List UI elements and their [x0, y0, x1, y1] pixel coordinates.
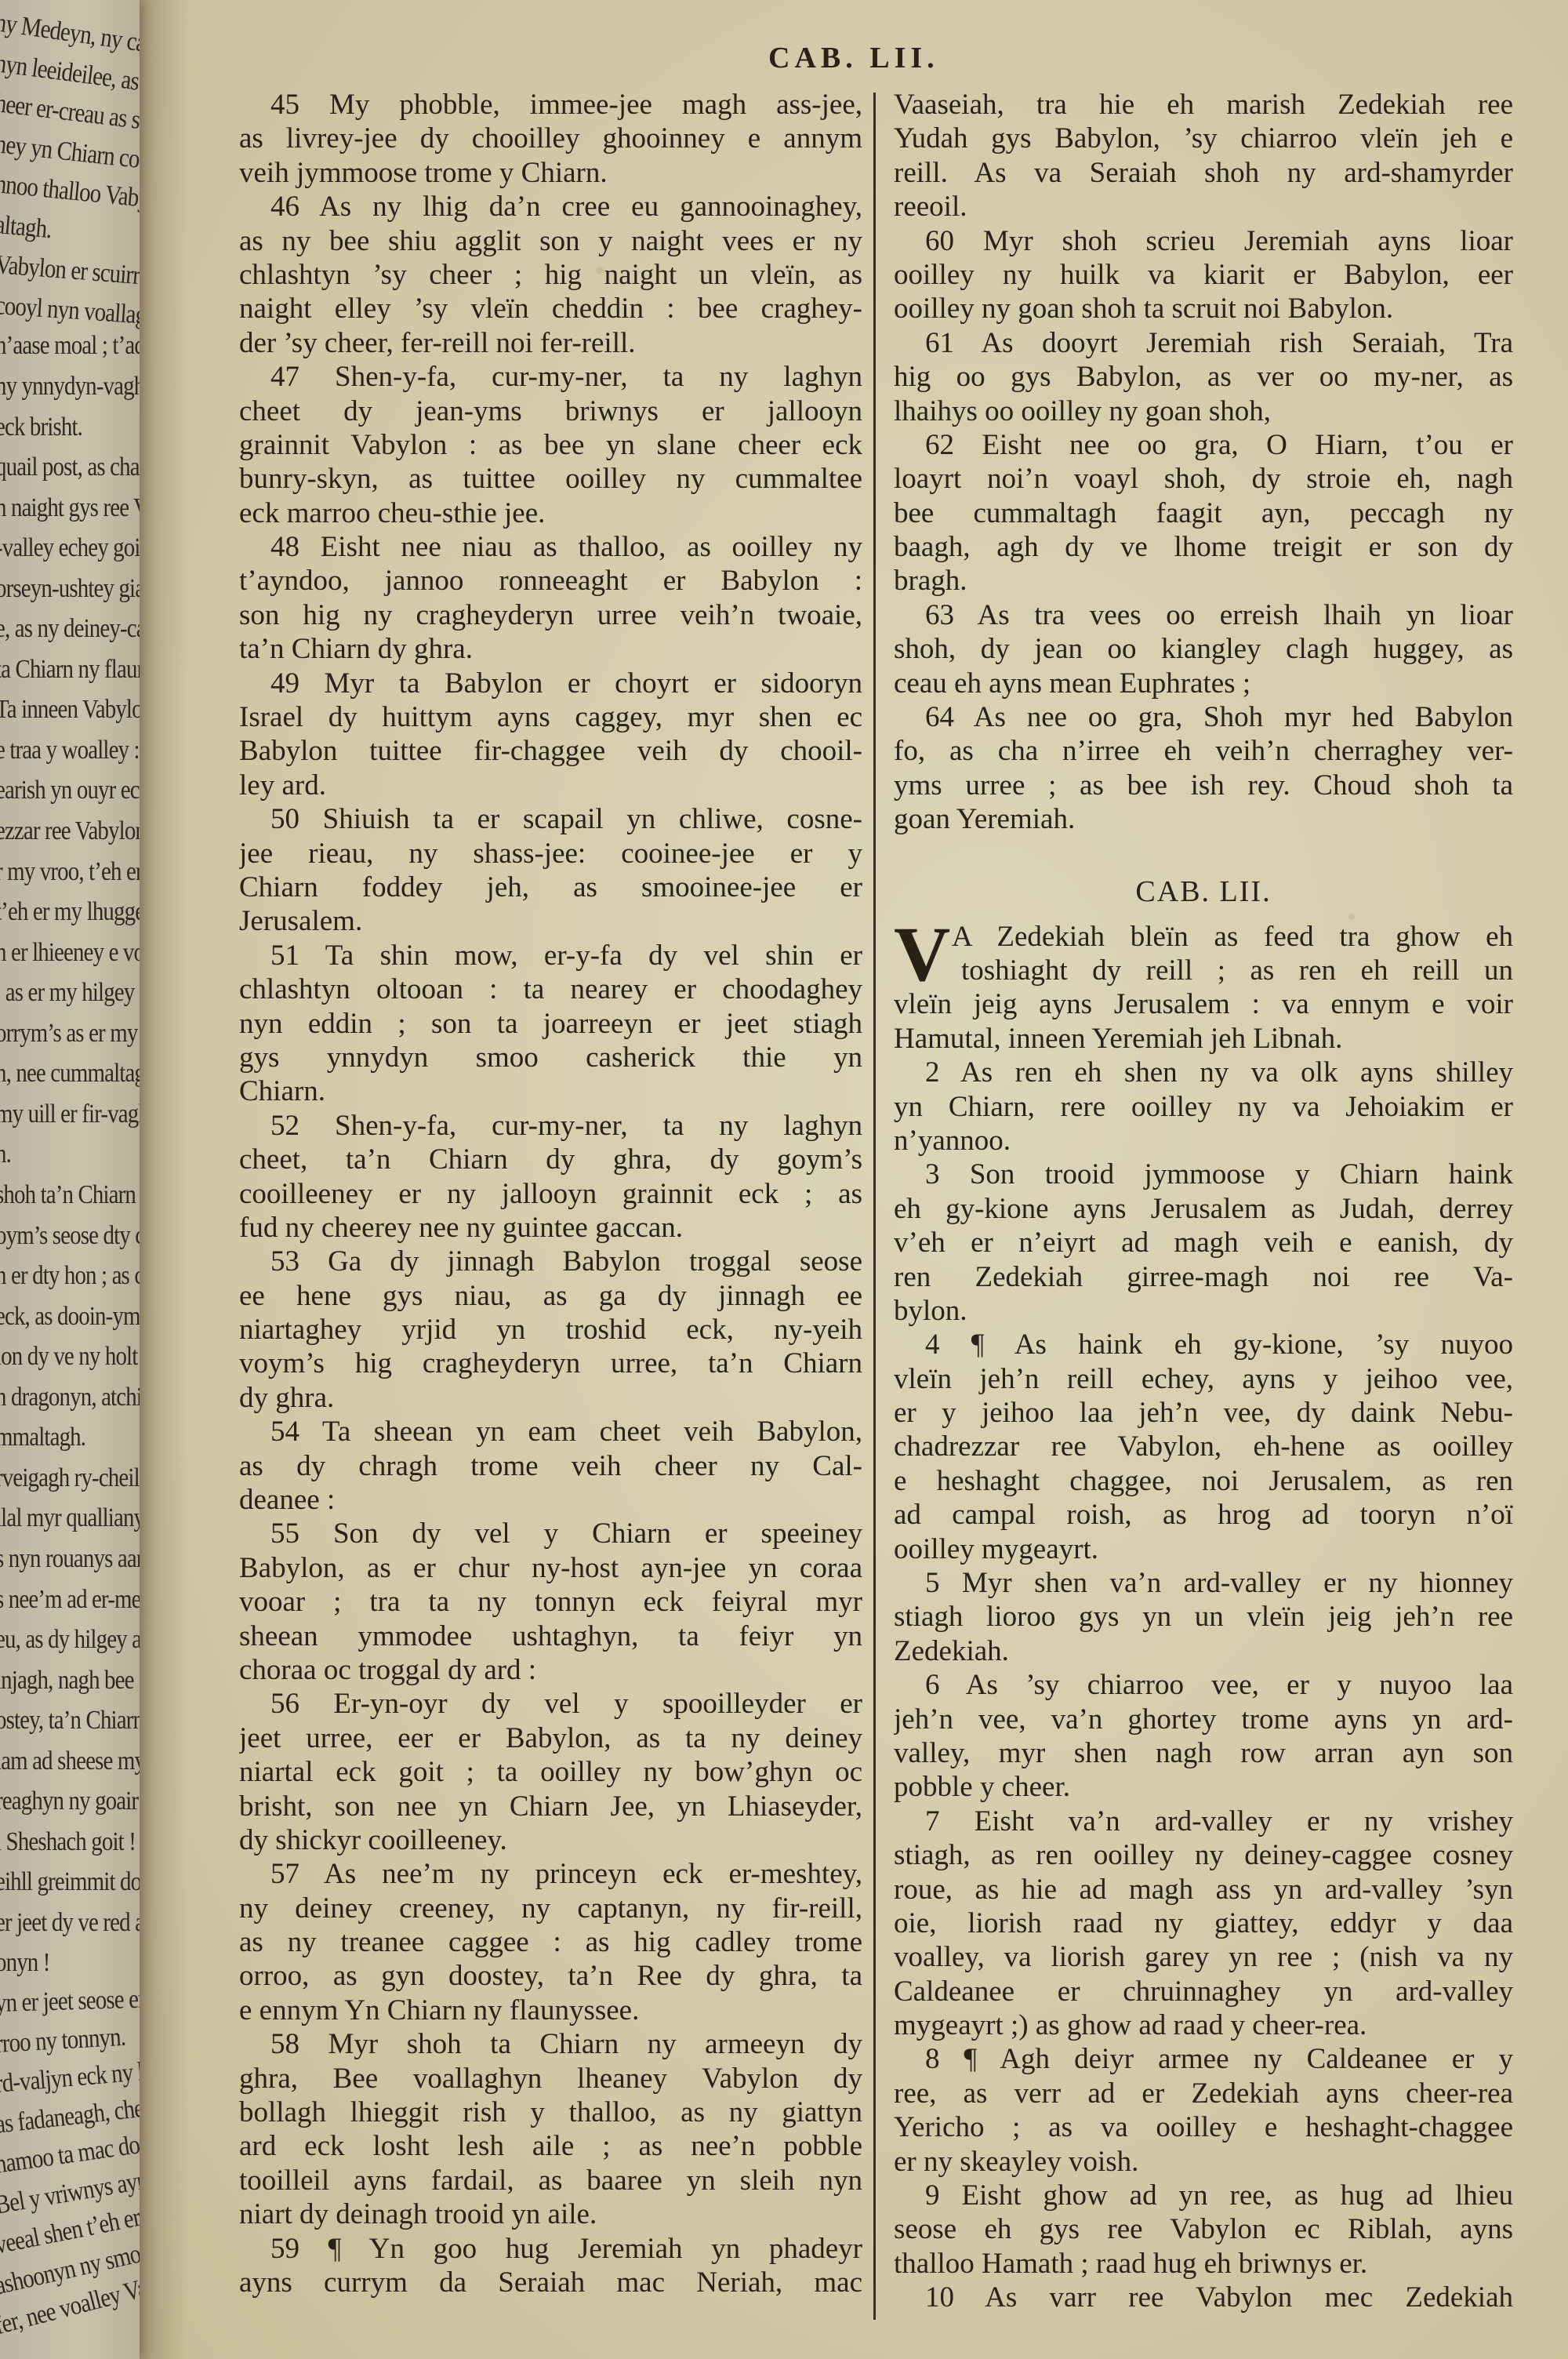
- text-line: bragh.: [894, 564, 1513, 598]
- verse-start-line: 64 As nee oo gra, Shoh myr hed Babylon: [894, 700, 1513, 734]
- verse-start-line: 61 As dooyrt Jeremiah rish Seraiah, Tra: [894, 326, 1513, 360]
- text-line: cooilleeney er ny jallooyn grainnit eck …: [239, 1177, 862, 1211]
- text-line: oie, liorish raad ny giattey, eddyr y da…: [894, 1906, 1513, 1940]
- jeremiah-51-conclusion: Vaaseiah, tra hie eh marish Zedekiah ree…: [894, 88, 1513, 837]
- verse-start-line: 49 Myr ta Babylon er choyrt er sidooryn: [239, 667, 862, 700]
- text-line: t’ayndoo, jannoo ronneeaght er Babylon :: [239, 564, 862, 598]
- text-line: jeet urree, eer er Babylon, as ta ny dei…: [239, 1721, 862, 1755]
- text-line: cheet, ta’n Chiarn dy ghra, dy goym’s: [239, 1143, 862, 1176]
- text-line: chadrezzar ree Vabylon, eh-hene as ooill…: [894, 1430, 1513, 1463]
- text-line: orroo, as gyn doostey, ta’n Ree dy ghra,…: [239, 1959, 862, 1993]
- verse-start-line: 46 As ny lhig da’n cree eu gannooinaghey…: [239, 190, 862, 224]
- text-line: Babylon, as er chur ny-host ayn-jee yn c…: [239, 1551, 862, 1585]
- verse-start-line: 59 ¶ Yn goo hug Jeremiah yn phadeyr: [239, 2232, 862, 2266]
- text-line: pobble y cheer.: [894, 1770, 1513, 1804]
- text-line: as livrey-jee dy chooilley ghooinney e a…: [239, 122, 862, 155]
- text-line: yms urree ; as bee ish rey. Choud shoh t…: [894, 769, 1513, 802]
- verse-start-line: 62 Eisht nee oo gra, O Hiarn, t’ou er: [894, 428, 1513, 462]
- previous-page-text-fragment: n er dty hon ; as chym: [0, 1261, 140, 1291]
- previous-page-text-fragment: rveigagh ry-cheilley: [0, 1463, 140, 1493]
- previous-page-text-fragment: eck brisht.: [0, 413, 82, 442]
- text-line: Chiarn.: [239, 1074, 862, 1108]
- text-line: nyn eddin ; son ta joarreeyn er jeet sti…: [239, 1007, 862, 1041]
- previous-page-text-fragment: my uill er fir-vaghee: [0, 1100, 140, 1129]
- text-line: er ny skeayley voish.: [894, 2145, 1513, 2179]
- text-line: ley ard.: [239, 769, 862, 802]
- text-line: son hig ny cragheyderyn urree veih’n two…: [239, 598, 862, 632]
- text-line: ceau eh ayns mean Euphrates ;: [894, 667, 1513, 700]
- previous-page-text-fragment: orrym’s as er my eill,: [0, 1019, 140, 1049]
- text-line: voalley, va liorish garey yn ree ; (nish…: [894, 1940, 1513, 1974]
- verse-start-line: 53 Ga dy jinnagh Babylon troggal seose: [239, 1245, 862, 1278]
- text-line: Babylon tuittee fir-chaggee veih dy choo…: [239, 734, 862, 768]
- text-line: toshiaght dy reill ; as ren eh reill un: [894, 954, 1513, 987]
- text-line: stiagh, as ren ooilley ny deiney-caggee …: [894, 1838, 1513, 1872]
- previous-page-text-fragment: ta Chiarn ny flaunyssee,: [0, 655, 140, 685]
- previous-page-text-fragment: s nyn rouanys aarlee: [0, 1544, 140, 1574]
- previous-page-curled-edge: ny Medeyn, ny capnyn leeideilee, as dy c…: [0, 0, 140, 2359]
- previous-page-text-fragment: eu, as dy hilgey ad: [0, 1625, 140, 1655]
- text-line: ta’n Chiarn dy ghra.: [239, 632, 862, 666]
- text-line: niartaghey yrjid yn troshid eck, ny-yeih: [239, 1313, 862, 1347]
- text-line: ren Zedekiah girree-magh noi ree Va-: [894, 1260, 1513, 1294]
- text-line: brisht, son nee yn Chiarn Jee, yn Lhiase…: [239, 1790, 862, 1823]
- text-line: seose eh gys ree Vabylon ec Riblah, ayns: [894, 2212, 1513, 2246]
- text-line: Zedekiah.: [894, 1634, 1513, 1668]
- text-line: ooilley ny goan shoh ta scruit noi Babyl…: [894, 292, 1513, 325]
- text-line: Caldeanee er chruinnaghey yn ard-valley: [894, 1975, 1513, 2008]
- text-line: A Zedekiah bleïn as feed tra ghow eh: [894, 920, 1513, 954]
- text-line: ree, as verr ad er Zedekiah ayns cheer-r…: [894, 2077, 1513, 2110]
- text-line: jee rieau, ny shass-jee: cooinee-jee er …: [239, 837, 862, 871]
- text-line: roue, as hie ad magh ass yn ard-valley ’…: [894, 1873, 1513, 1906]
- verse-start-line: 56 Er-yn-oyr dy vel y spooilleyder er: [239, 1687, 862, 1721]
- verse-start-line: 63 As tra vees oo erreish lhaih yn lioar: [894, 598, 1513, 632]
- text-line: stiagh lioroo gys yn un vleïn jeig jeh’n…: [894, 1600, 1513, 1634]
- right-text-column: Vaaseiah, tra hie eh marish Zedekiah ree…: [894, 88, 1513, 2315]
- text-line: ooilley mygeayrt.: [894, 1532, 1513, 1566]
- text-line: lhaihys oo ooilley ny goan shoh,: [894, 394, 1513, 428]
- verse-start-line: 2 As ren eh shen ny va olk ayns shilley: [894, 1056, 1513, 1089]
- verse-start-line: 54 Ta sheean yn eam cheet veih Babylon,: [239, 1415, 862, 1448]
- previous-page-text-fragment: r my vroo, t’eh er my: [0, 857, 140, 887]
- text-line: ooilley ny huilk va kiarit er Babylon, e…: [894, 258, 1513, 292]
- verse-start-line: 51 Ta shin mow, er-y-fa dy vel shin er: [239, 939, 862, 972]
- text-line: choraa oc troggal dy ard :: [239, 1653, 862, 1687]
- text-line: ayns currym da Seraiah mac Neriah, mac: [239, 2266, 862, 2299]
- text-line: der ’sy cheer, fer-reill noi fer-reill.: [239, 326, 862, 360]
- text-line: jeh’n vee, va’n ghortey trome ayns yn ar…: [894, 1703, 1513, 1736]
- text-line: grainnit Vabylon : as bee yn slane cheer…: [239, 428, 862, 462]
- previous-page-text-fragment: l Sheshach goit ! as h: [0, 1827, 140, 1857]
- previous-page-text-fragment: lon dy ve ny holt: [0, 1342, 137, 1372]
- text-line: e ennym Yn Chiarn ny flaunyssee.: [239, 1994, 862, 2027]
- previous-page-text-fragment: h er lhieeney e volg: [0, 938, 140, 968]
- text-line: gys ynnydyn smoo casherick thie yn: [239, 1041, 862, 1074]
- text-line: eh gy-kione ayns Jerusalem as Judah, der…: [894, 1192, 1513, 1226]
- text-line: niartal eck goit ; ta ooilley ny bow’ghy…: [239, 1755, 862, 1789]
- text-line: thalloo Hamath ; raad hug eh briwnys er.: [894, 2247, 1513, 2281]
- text-line: hig oo gys Babylon, as ver oo my-ner, as: [894, 360, 1513, 394]
- text-line: valley, myr shen nagh row arran ayn son: [894, 1736, 1513, 1770]
- text-line: bee cummaltagh faagit ayn, peccagh ny: [894, 496, 1513, 530]
- text-line: reeoil.: [894, 190, 1513, 224]
- previous-page-text-fragment: eck, as dooin-ym e f: [0, 1302, 140, 1332]
- chapter-opening: V A Zedekiah bleïn as feed tra ghow eh t…: [894, 920, 1513, 988]
- text-line: dy shickyr cooilleeney.: [239, 1823, 862, 1857]
- text-line: loayrt noi’n voayl shoh, dy stroie eh, n…: [894, 462, 1513, 496]
- text-line: vleïn jeh’n reill echey, ayns y jeihoo v…: [894, 1362, 1513, 1396]
- text-line: ard eck losht lesh aile ; as nee’n pobbl…: [239, 2129, 862, 2163]
- previous-page-text-fragment: , as er my hilgey: [0, 978, 134, 1008]
- text-line: fud ny cheerey nee ny guintee gaccan.: [239, 1211, 862, 1245]
- verse-start-line: 45 My phobble, immee-jee magh ass-jee,: [239, 88, 862, 122]
- text-line: Israel dy huittym ayns caggey, myr shen …: [239, 700, 862, 734]
- text-line: er y jeihoo laa jeh’n vee, dy daink Nebu…: [894, 1396, 1513, 1430]
- verse-start-line: 9 Eisht ghow ad yn ree, as hug ad lhieu: [894, 2179, 1513, 2212]
- text-line: shoh, dy jean oo kiangley clagh huggey, …: [894, 632, 1513, 666]
- text-line: n’yannoo.: [894, 1124, 1513, 1158]
- text-line: cheet dy jean-yms briwnys er jallooyn: [239, 394, 862, 428]
- previous-page-text-fragment: shoh ta’n Chiarn: [0, 1180, 136, 1210]
- verse-start-line: 10 As varr ree Vabylon mec Zedekiah: [894, 2281, 1513, 2314]
- verse-start-line: 5 Myr shen va’n ard-valley er ny hionney: [894, 1566, 1513, 1600]
- text-line: ee hene gys niau, as ga dy jinnagh ee: [239, 1279, 862, 1313]
- text-line: Yudah gys Babylon, ’sy chiarroo vleïn je…: [894, 122, 1513, 155]
- verse-start-line: 47 Shen-y-fa, cur-my-ner, ta ny laghyn: [239, 360, 862, 394]
- text-line: bylon.: [894, 1294, 1513, 1328]
- binding-gutter-shadow: [133, 0, 188, 2359]
- previous-page-text-fragment: n’aase moal ; t’ad fa: [0, 331, 140, 361]
- text-line: Yericho ; as va ooilley e heshaght-chagg…: [894, 2110, 1513, 2144]
- verse-start-line: 7 Eisht va’n ard-valley er ny vrishey: [894, 1805, 1513, 1838]
- verse-start-line: 60 Myr shoh scrieu Jeremiah ayns lioar: [894, 224, 1513, 258]
- previous-page-text-fragment: ezzar ree Vabylon er: [0, 816, 140, 846]
- text-line: bunry-skyn, as tuittee ooilley ny cummal…: [239, 462, 862, 496]
- verse-start-line: 55 Son dy vel y Chiarn er speeiney: [239, 1517, 862, 1550]
- text-line: dy ghra.: [239, 1381, 862, 1415]
- text-line: as dy chragh trome veih cheer ny Cal-: [239, 1449, 862, 1483]
- verse-start-line: 50 Shiuish ta er scapail yn chliwe, cosn…: [239, 802, 862, 836]
- previous-page-text-fragment: t’eh er my lhuggey: [0, 897, 140, 927]
- text-line: Chiarn foddey jeh, as smooinee-jee er: [239, 871, 862, 904]
- previous-page-text-fragment: h naight gys ree Vab: [0, 493, 140, 523]
- text-line: tooilleil ayns fardail, as baaree yn sle…: [239, 2164, 862, 2197]
- text-line: baagh, agh dy ve lhome treigit er son dy: [894, 530, 1513, 564]
- previous-page-text-fragment: eihll greimmit doalta: [0, 1867, 140, 1897]
- text-line: ad campal roish, as hrog ad tooryn n’oï: [894, 1498, 1513, 1532]
- text-line: ghra, Bee voallaghyn lheaney Vabylon dy: [239, 2062, 862, 2095]
- previous-page-text-fragment: s nee’m ad er-meshtey: [0, 1585, 140, 1615]
- previous-page-text-fragment: oym’s seose dty chooi: [0, 1221, 140, 1251]
- verse-start-line: 6 As ’sy chiarroo vee, er y nuyoo laa: [894, 1668, 1513, 1702]
- previous-page-text-fragment: n dragonyn, atchim,: [0, 1383, 140, 1412]
- text-line: sheean ymmodee ushtaghyn, ta feiyr yn: [239, 1619, 862, 1653]
- text-line: niart dy deinagh trooid yn aile.: [239, 2197, 862, 2231]
- previous-page-text-fragment: Ta inneen Vabylon goll: [0, 695, 140, 725]
- text-line: vleïn jeig ayns Jerusalem : va ennym e v…: [894, 987, 1513, 1021]
- text-line: Jerusalem.: [239, 904, 862, 938]
- previous-page-text-fragment: iam ad sheese myr: [0, 1747, 140, 1776]
- previous-page-text-fragment: onyn !: [0, 1948, 50, 1978]
- verse-start-line: 48 Eisht nee niau as thalloo, as ooilley…: [239, 530, 862, 564]
- text-line: voym’s hig cragheyderyn urree, ta’n Chia…: [239, 1347, 862, 1380]
- text-line: v’eh er n’eiyrt ad magh veih e eanish, d…: [894, 1226, 1513, 1259]
- text-line: fo, as cha n’irree eh veih’n cherraghey …: [894, 734, 1513, 768]
- column-divider-rule: [873, 93, 876, 2320]
- previous-page-text-fragment: reaghyn ny goair fyn: [0, 1787, 140, 1816]
- text-line: goan Yeremiah.: [894, 802, 1513, 836]
- chapter-heading: CAB. LII.: [894, 868, 1513, 915]
- previous-page-text-fragment: er jeet dy ve red atchim: [0, 1908, 140, 1938]
- verse-start-line: 57 As nee’m ny princeyn eck er-meshtey,: [239, 1857, 862, 1891]
- previous-page-text-fragment: ny ynnydyn-vaghee: [0, 372, 140, 402]
- previous-page-text-fragment: Vabylon er scuirr vei: [0, 250, 140, 293]
- previous-page-text-fragment: rd-valjyn eck ny h: [0, 2057, 140, 2099]
- previous-page-text-fragment: altagh.: [0, 210, 53, 245]
- text-line: as ny bee shiu agglit son y naight vees …: [239, 224, 862, 258]
- verse-start-line: 8 ¶ Agh deiyr armee ny Caldeanee er y: [894, 2042, 1513, 2076]
- text-line: e heshaght chaggee, noi Jerusalem, as re…: [894, 1464, 1513, 1498]
- previous-page-text-fragment: yn er jeet seose er Bab: [0, 1983, 140, 2019]
- text-line: veih jymmoose trome y Chiarn.: [239, 156, 862, 190]
- text-line: naight elley ’sy vleïn cheddin : bee cra…: [239, 292, 862, 325]
- text-line: bollagh lhieggit rish y thalloo, as ny g…: [239, 2095, 862, 2129]
- left-text-column: 45 My phobble, immee-jee magh ass-jee,as…: [239, 88, 862, 2299]
- previous-page-text-fragment: injagh, nagh bee ad: [0, 1666, 140, 1696]
- text-line: yn Chiarn, rere ooilley ny va Jehoiakim …: [894, 1090, 1513, 1124]
- previous-page-text-fragment: cooyl nyn voallagh: [0, 291, 140, 332]
- text-line: chlashtyn ’sy cheer ; hig naight un vleï…: [239, 258, 862, 292]
- previous-page-text-fragment: -valley echey goit er: [0, 533, 140, 563]
- text-line: chlashtyn oltooan : ta nearey er choodag…: [239, 972, 862, 1006]
- text-line: eck marroo cheu-sthie jee.: [239, 496, 862, 530]
- previous-page-text-fragment: ostey, ta’n Chiarn dy: [0, 1706, 140, 1736]
- previous-page-text-fragment: orseyn-ushtey giarit je: [0, 574, 140, 604]
- text-line: reill. As va Seraiah shoh ny ard-shamyrd…: [894, 156, 1513, 190]
- verse-start-line: 58 Myr shoh ta Chiarn ny armeeyn dy: [239, 2027, 862, 2061]
- running-head: CAB. LII.: [768, 41, 939, 75]
- previous-page-text-fragment: earish yn ouyr eck.: [0, 776, 140, 805]
- text-line: deanee :: [239, 1483, 862, 1517]
- text-line: as ny treanee caggee : as hig cadley tro…: [239, 1925, 862, 1959]
- text-line: mygeayrt ;) as ghow ad raad y cheer-rea.: [894, 2008, 1513, 2042]
- previous-page-text-fragment: n, nee cummaltagh: [0, 1059, 140, 1089]
- verse-start-line: 4 ¶ As haink eh gy-kione, ’sy nuyoo: [894, 1328, 1513, 1361]
- text-line: ny deiney creeney, ny captanyn, ny fir-r…: [239, 1892, 862, 1925]
- text-line: vooar ; tra ta ny tonnyn eck feiyral myr: [239, 1585, 862, 1619]
- previous-page-text-fragment: quail post, as chagh: [0, 453, 140, 482]
- drop-cap-letter: V: [894, 921, 950, 987]
- previous-page-text-fragment: e, as ny deiney-caggee: [0, 614, 140, 644]
- text-line: Vaaseiah, tra hie eh marish Zedekiah ree: [894, 88, 1513, 122]
- previous-page-text-fragment: e traa y woalley : foast: [0, 736, 140, 765]
- verse-start-line: 3 Son trooid jymmoose y Chiarn haink: [894, 1158, 1513, 1191]
- previous-page-text-fragment: llal myr quallianyn lh: [0, 1503, 140, 1533]
- previous-page-text-fragment: nnoo thalloo Vabylon: [0, 169, 140, 216]
- previous-page-text-fragment: rroo ny tonnyn.: [0, 2022, 126, 2059]
- previous-page-text-fragment: mmaltagh.: [0, 1423, 85, 1452]
- text-line: Hamutal, inneen Yeremiah jeh Libnah.: [894, 1022, 1513, 1056]
- verse-start-line: 52 Shen-y-fa, cur-my-ner, ta ny laghyn: [239, 1109, 862, 1143]
- jeremiah-52-text: vleïn jeig ayns Jerusalem : va ennym e v…: [894, 987, 1513, 2314]
- previous-page-text-fragment: n.: [0, 1140, 11, 1169]
